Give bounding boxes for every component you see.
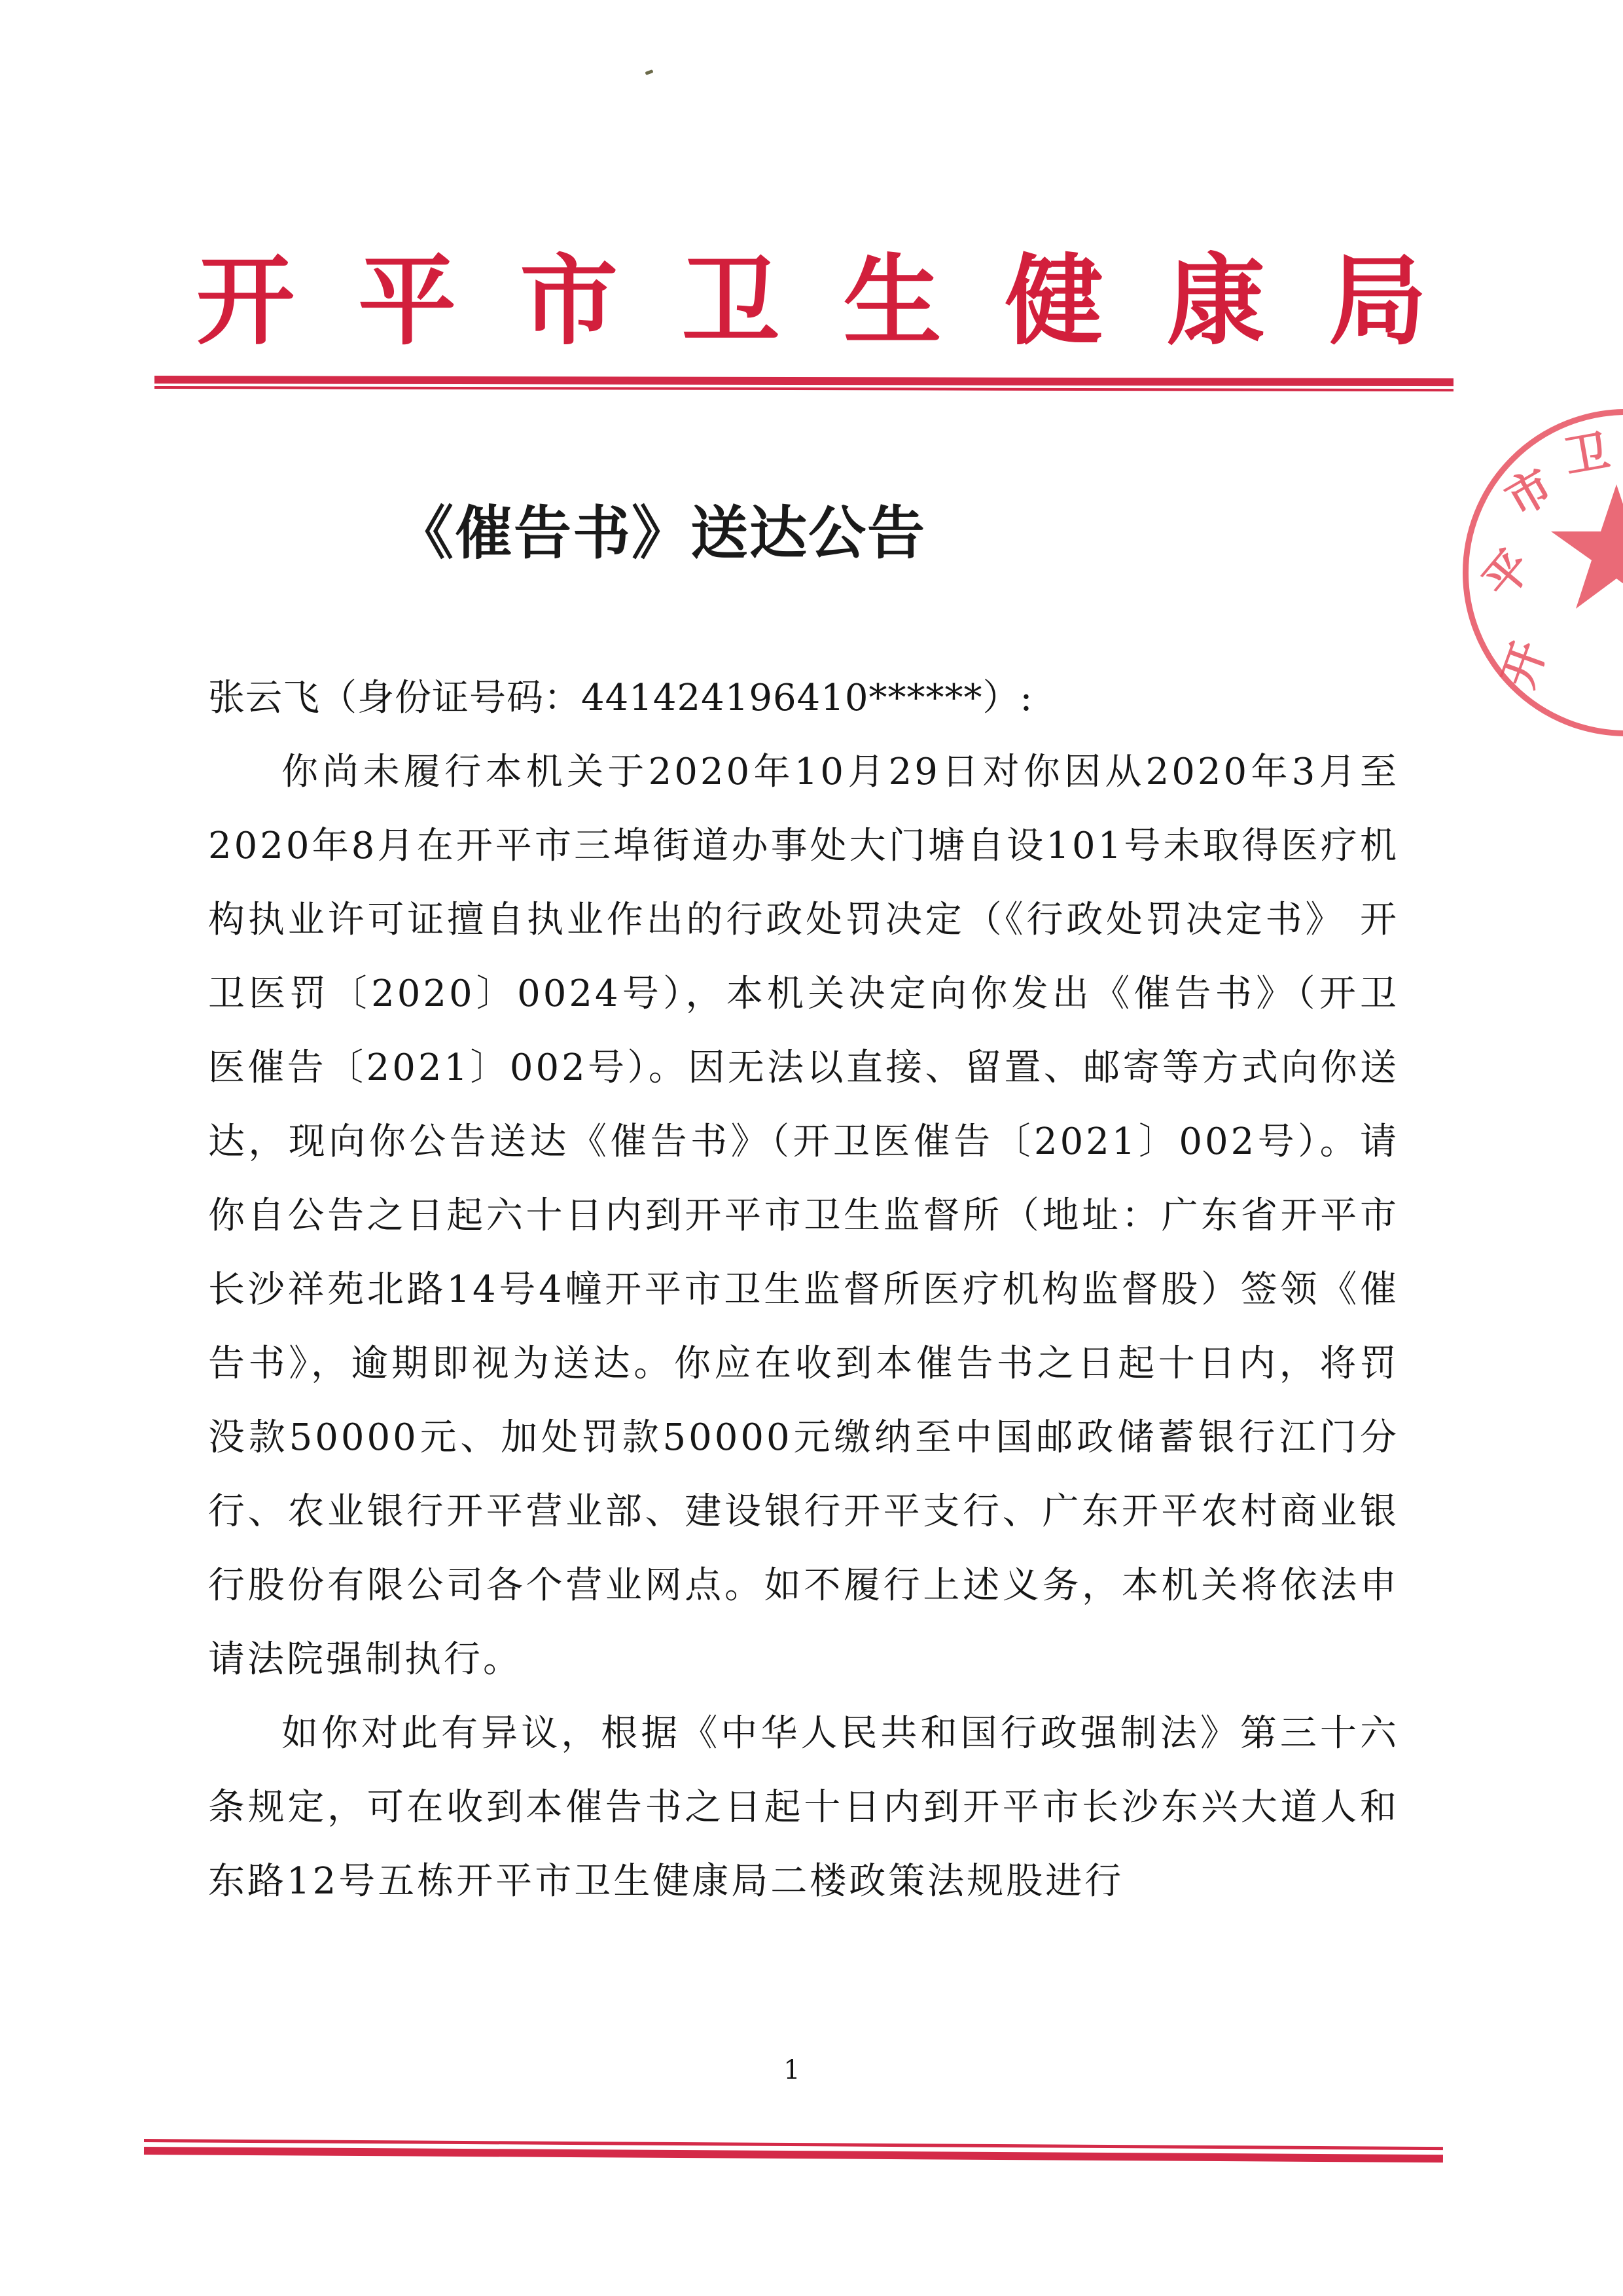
body-paragraph: 你尚未履行本机关于2020年10月29日对你因从2020年3月至2020年8月在… — [208, 735, 1399, 1696]
document-title: 《催告书》送达公告 — [0, 488, 1322, 570]
footer-rule-thick — [144, 2147, 1443, 2162]
letterhead-title: 开 平 市 卫 生 健 康 局 — [196, 236, 1427, 367]
letterhead-char: 开 — [196, 252, 294, 350]
letterhead-char: 生 — [844, 252, 942, 350]
letterhead-char: 局 — [1329, 252, 1427, 350]
letterhead-char: 健 — [1005, 252, 1103, 350]
letterhead-char: 平 — [358, 252, 456, 350]
page-number: 1 — [779, 2055, 805, 2085]
salutation: 张云飞（身份证号码：441424196410******）: — [208, 661, 1399, 735]
header-rule-thick — [154, 376, 1454, 386]
header-rule-thin — [154, 386, 1454, 391]
document-page: 开 平 市 卫 生 健 康 局 开 平 市 卫 《催告书》送达公告 张云飞（身份… — [0, 0, 1623, 2296]
scan-speck — [645, 69, 654, 75]
letterhead-char: 康 — [1167, 252, 1265, 350]
document-body: 张云飞（身份证号码：441424196410******）: 你尚未履行本机关于… — [208, 661, 1399, 1918]
body-paragraph: 如你对此有异议，根据《中华人民共和国行政强制法》第三十六条规定，可在收到本催告书… — [208, 1696, 1399, 1918]
letterhead-char: 市 — [520, 252, 618, 350]
letterhead-char: 卫 — [681, 252, 779, 350]
